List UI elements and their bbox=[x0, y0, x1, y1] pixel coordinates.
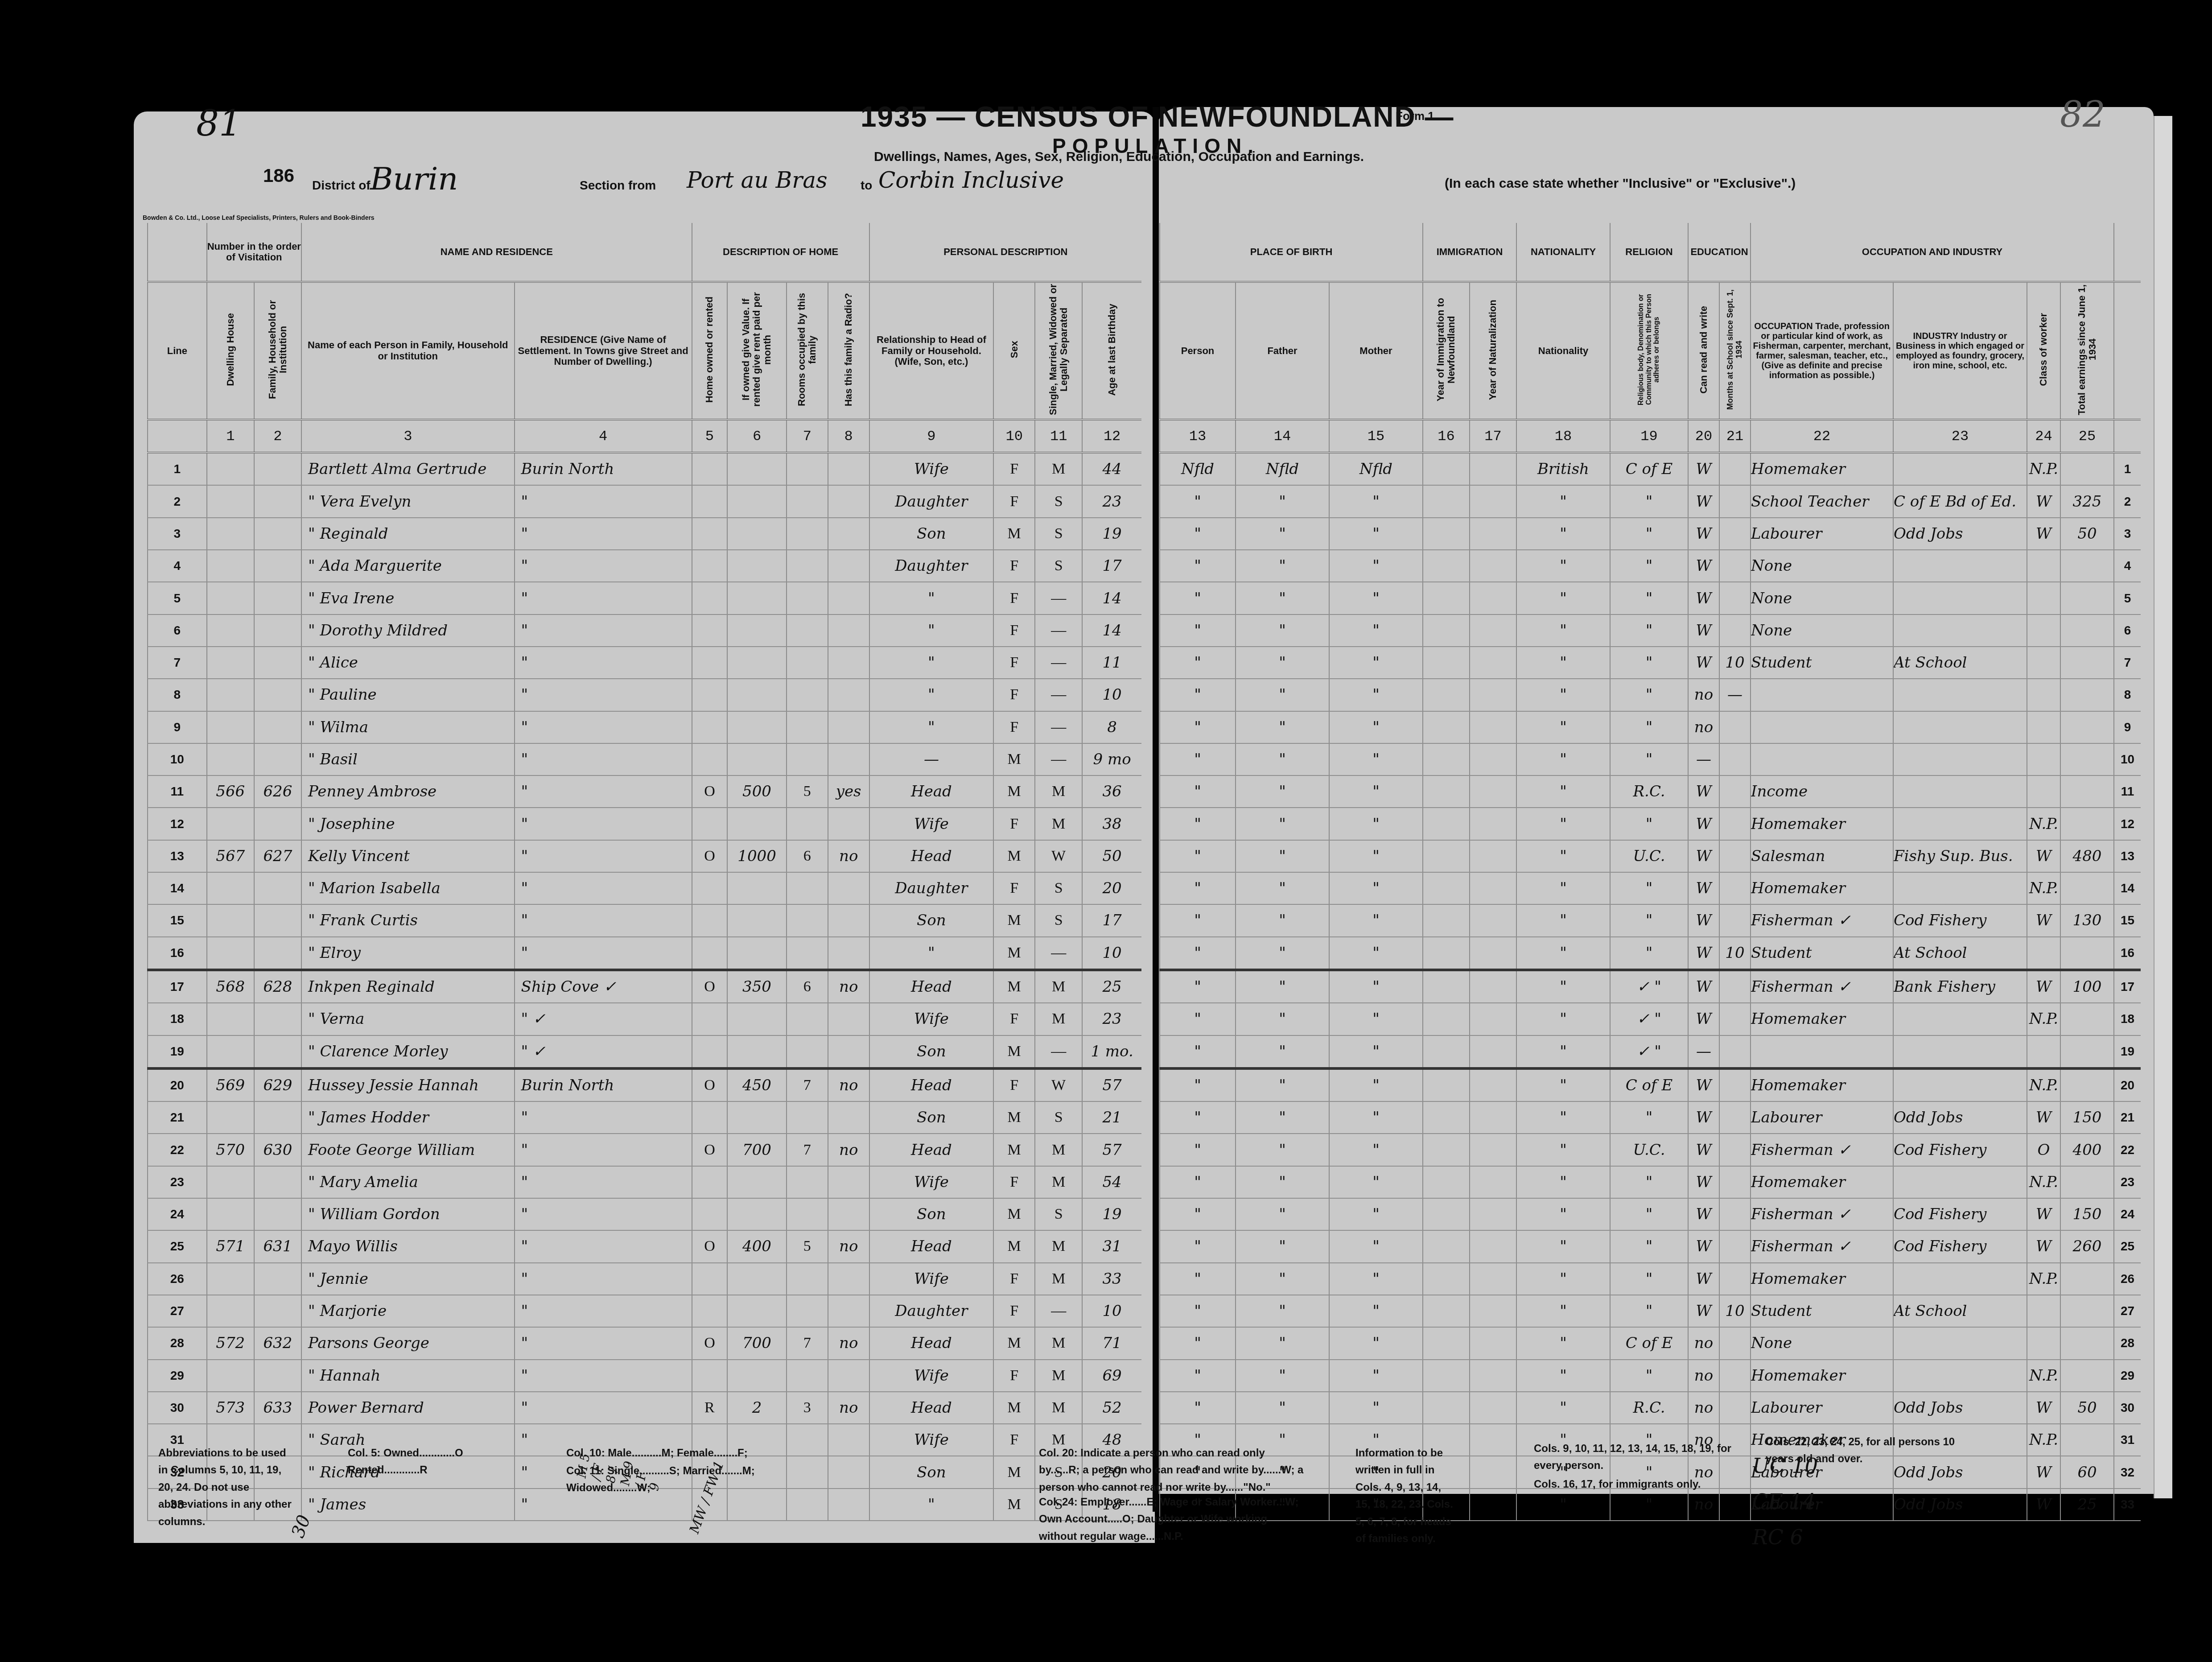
cell-line: 4 bbox=[148, 550, 207, 582]
cell-school bbox=[1719, 1003, 1751, 1035]
cell-name: Mayo Willis bbox=[301, 1230, 515, 1262]
section-from: Port au Bras bbox=[687, 167, 828, 193]
cell-dwelling: 566 bbox=[207, 775, 254, 808]
cell-birth_father: " bbox=[1236, 1134, 1329, 1166]
group-religion: RELIGION bbox=[1610, 223, 1688, 282]
col-num: 7 bbox=[787, 420, 828, 453]
cell-line: 26 bbox=[2114, 1263, 2141, 1295]
cell-family bbox=[254, 808, 301, 840]
cell-owned bbox=[692, 1101, 728, 1134]
cell-occupation: Fisherman ✓ bbox=[1751, 1230, 1893, 1262]
table-row: 3" Reginald"SonMS19 bbox=[148, 518, 1141, 550]
cell-industry: Fishy Sup. Bus. bbox=[1893, 840, 2027, 872]
cell-name: Power Bernard bbox=[301, 1392, 515, 1424]
cell-residence: " bbox=[515, 1263, 692, 1295]
cell-natur bbox=[1470, 679, 1516, 711]
cell-birth_father: " bbox=[1236, 550, 1329, 582]
cell-occupation: Labourer bbox=[1751, 518, 1893, 550]
cell-birth_father: " bbox=[1236, 614, 1329, 647]
cell-residence: " bbox=[515, 904, 692, 936]
cell-relation: Daughter bbox=[869, 1295, 994, 1327]
cell-birth_father: " bbox=[1236, 1166, 1329, 1198]
cell-rooms bbox=[787, 1003, 828, 1035]
cell-earnings: 100 bbox=[2060, 970, 2114, 1003]
cell-residence: " ✓ bbox=[515, 1035, 692, 1068]
cell-nationality: " bbox=[1516, 1295, 1610, 1327]
cell-religion: R.C. bbox=[1610, 775, 1688, 808]
cell-dwelling bbox=[207, 1295, 254, 1327]
cell-nationality: British bbox=[1516, 453, 1610, 485]
cell-family bbox=[254, 711, 301, 743]
col-num: 14 bbox=[1236, 420, 1329, 453]
cell-name: " Ada Marguerite bbox=[301, 550, 515, 582]
cell-birth_person: " bbox=[1160, 1327, 1236, 1359]
cell-birth_mother: " bbox=[1329, 582, 1423, 614]
cell-immig bbox=[1423, 1101, 1470, 1134]
cell-residence: " bbox=[515, 485, 692, 517]
cell-earnings: 25 bbox=[2060, 1489, 2114, 1521]
cell-class bbox=[2027, 743, 2060, 775]
cell-name: " Vera Evelyn bbox=[301, 485, 515, 517]
cell-age: 36 bbox=[1082, 775, 1141, 808]
cell-radio bbox=[828, 1360, 869, 1392]
line-subheader-spacer-right bbox=[2114, 282, 2141, 420]
cell-rooms bbox=[787, 679, 828, 711]
cell-relation: Head bbox=[869, 1068, 994, 1101]
cell-birth_mother: " bbox=[1329, 485, 1423, 517]
col-num: 12 bbox=[1082, 420, 1141, 453]
cell-birth_father: " bbox=[1236, 1198, 1329, 1230]
cell-occupation: Homemaker bbox=[1751, 1263, 1893, 1295]
cell-religion: C of E bbox=[1610, 1068, 1688, 1101]
cell-school: 10 bbox=[1719, 647, 1751, 679]
cell-class: N.P. bbox=[2027, 808, 2060, 840]
cell-religion: C of E bbox=[1610, 1327, 1688, 1359]
cell-nationality: " bbox=[1516, 872, 1610, 904]
cell-owned bbox=[692, 582, 728, 614]
cell-natur bbox=[1470, 582, 1516, 614]
cell-school: 10 bbox=[1719, 937, 1751, 970]
cell-relation: " bbox=[869, 582, 994, 614]
cell-marital: — bbox=[1035, 937, 1082, 970]
cell-occupation: School Teacher bbox=[1751, 485, 1893, 517]
cell-class bbox=[2027, 937, 2060, 970]
cell-value bbox=[727, 1295, 787, 1327]
cell-birth_father: " bbox=[1236, 775, 1329, 808]
cell-owned bbox=[692, 647, 728, 679]
cell-rooms bbox=[787, 1360, 828, 1392]
cell-industry: Odd Jobs bbox=[1893, 1101, 2027, 1134]
cell-school bbox=[1719, 872, 1751, 904]
cell-natur bbox=[1470, 1101, 1516, 1134]
cell-birth_father: " bbox=[1236, 808, 1329, 840]
cell-relation: Wife bbox=[869, 1424, 994, 1456]
cell-birth_mother: " bbox=[1329, 743, 1423, 775]
cell-dwelling bbox=[207, 518, 254, 550]
cell-family: 627 bbox=[254, 840, 301, 872]
cell-family bbox=[254, 1166, 301, 1198]
cell-natur bbox=[1470, 970, 1516, 1003]
cell-industry: Cod Fishery bbox=[1893, 1134, 2027, 1166]
cell-religion: " bbox=[1610, 711, 1688, 743]
table-row: 23" Mary Amelia"WifeFM54 bbox=[148, 1166, 1141, 1198]
cell-line: 16 bbox=[148, 937, 207, 970]
footer-col24: Col. 24: Employer......E; Wage or Salary… bbox=[1039, 1494, 1306, 1545]
cell-family bbox=[254, 614, 301, 647]
cell-immig bbox=[1423, 1327, 1470, 1359]
cell-natur bbox=[1470, 647, 1516, 679]
cell-residence: " bbox=[515, 775, 692, 808]
cell-name: Bartlett Alma Gertrude bbox=[301, 453, 515, 485]
cell-read: W bbox=[1688, 872, 1719, 904]
cell-class: W bbox=[2027, 1198, 2060, 1230]
col-line-header: Line bbox=[148, 282, 207, 420]
footer-every-person: Cols. 9, 10, 11, 12, 13, 14, 15, 18, 19,… bbox=[1534, 1440, 1743, 1475]
cell-immig bbox=[1423, 453, 1470, 485]
cell-marital: M bbox=[1035, 1263, 1082, 1295]
cell-earnings: 130 bbox=[2060, 904, 2114, 936]
cell-occupation bbox=[1751, 743, 1893, 775]
cell-residence: " bbox=[515, 743, 692, 775]
cell-age: 57 bbox=[1082, 1068, 1141, 1101]
col-num: 11 bbox=[1035, 420, 1082, 453]
cell-sex: F bbox=[993, 1166, 1035, 1198]
cell-dwelling: 569 bbox=[207, 1068, 254, 1101]
cell-school bbox=[1719, 1101, 1751, 1134]
cell-immig bbox=[1423, 711, 1470, 743]
cell-residence: Ship Cove ✓ bbox=[515, 970, 692, 1003]
cell-marital: — bbox=[1035, 614, 1082, 647]
census-table-right: PLACE OF BIRTH IMMIGRATION NATIONALITY R… bbox=[1159, 223, 2141, 1521]
cell-religion: ✓ " bbox=[1610, 970, 1688, 1003]
cell-class: N.P. bbox=[2027, 1003, 2060, 1035]
cell-marital: M bbox=[1035, 1134, 1082, 1166]
cell-school bbox=[1719, 1134, 1751, 1166]
cell-value bbox=[727, 1198, 787, 1230]
cell-marital: M bbox=[1035, 970, 1082, 1003]
cell-age: 57 bbox=[1082, 1134, 1141, 1166]
cell-earnings bbox=[2060, 1295, 2114, 1327]
cell-rooms: 6 bbox=[787, 840, 828, 872]
cell-industry: Odd Jobs bbox=[1893, 1489, 2027, 1521]
col-20-header: Can read and write bbox=[1698, 306, 1709, 394]
cell-industry bbox=[1893, 1166, 2027, 1198]
cell-immig bbox=[1423, 840, 1470, 872]
cell-line: 4 bbox=[2114, 550, 2141, 582]
table-row: 19" Clarence Morley" ✓SonM—1 mo. bbox=[148, 1035, 1141, 1068]
table-row: """""WNone5 bbox=[1160, 582, 2141, 614]
cell-sex: M bbox=[993, 1456, 1035, 1488]
cell-line: 29 bbox=[2114, 1360, 2141, 1392]
cell-nationality: " bbox=[1516, 485, 1610, 517]
cell-birth_father: " bbox=[1236, 937, 1329, 970]
cell-natur bbox=[1470, 937, 1516, 970]
col-num: 13 bbox=[1160, 420, 1236, 453]
cell-earnings bbox=[2060, 1263, 2114, 1295]
cell-line: 1 bbox=[2114, 453, 2141, 485]
cell-rooms: 3 bbox=[787, 1392, 828, 1424]
cell-birth_father: " bbox=[1236, 1003, 1329, 1035]
cell-birth_person: " bbox=[1160, 1166, 1236, 1198]
cell-value: 500 bbox=[727, 775, 787, 808]
cell-earnings: 150 bbox=[2060, 1101, 2114, 1134]
cell-dwelling: 572 bbox=[207, 1327, 254, 1359]
cell-birth_father: " bbox=[1236, 872, 1329, 904]
cell-industry bbox=[1893, 1327, 2027, 1359]
cell-family: 633 bbox=[254, 1392, 301, 1424]
cell-natur bbox=[1470, 1263, 1516, 1295]
table-row: 5" Eva Irene""F—14 bbox=[148, 582, 1141, 614]
col-num: 2 bbox=[254, 420, 301, 453]
cell-dwelling bbox=[207, 1003, 254, 1035]
cell-industry bbox=[1893, 1263, 2027, 1295]
cell-immig bbox=[1423, 1134, 1470, 1166]
col-1-header: Dwelling House bbox=[225, 313, 236, 386]
cell-natur bbox=[1470, 1295, 1516, 1327]
cell-birth_person: " bbox=[1160, 1360, 1236, 1392]
cell-nationality: " bbox=[1516, 550, 1610, 582]
col-11-header: Single, Married, Widowed or Legally Sepa… bbox=[1048, 283, 1069, 417]
table-row: """"C of EWHomemakerN.P.20 bbox=[1160, 1068, 2141, 1101]
cell-religion: R.C. bbox=[1610, 1392, 1688, 1424]
cell-birth_person: " bbox=[1160, 743, 1236, 775]
cell-rooms: 6 bbox=[787, 970, 828, 1003]
table-row: """""WFisherman ✓Cod FisheryW15024 bbox=[1160, 1198, 2141, 1230]
col-2-header: Family, Household or Institution bbox=[267, 283, 288, 417]
cell-line: 27 bbox=[148, 1295, 207, 1327]
table-row: """""WHomemakerN.P.14 bbox=[1160, 872, 2141, 904]
cell-occupation bbox=[1751, 711, 1893, 743]
cell-religion: " bbox=[1610, 808, 1688, 840]
cell-birth_mother: " bbox=[1329, 518, 1423, 550]
cell-owned bbox=[692, 550, 728, 582]
table-row: """""WNone6 bbox=[1160, 614, 2141, 647]
cell-class bbox=[2027, 1295, 2060, 1327]
cell-rooms bbox=[787, 1101, 828, 1134]
table-row: 4" Ada Marguerite"DaughterFS17 bbox=[148, 550, 1141, 582]
cell-value bbox=[727, 1035, 787, 1068]
cell-earnings bbox=[2060, 1068, 2114, 1101]
cell-birth_mother: " bbox=[1329, 1166, 1423, 1198]
cell-dwelling bbox=[207, 937, 254, 970]
table-row: """""WNone4 bbox=[1160, 550, 2141, 582]
cell-line: 25 bbox=[148, 1230, 207, 1262]
census-table-left: Number in the order of Visitation NAME A… bbox=[147, 223, 1141, 1521]
cell-dwelling: 571 bbox=[207, 1230, 254, 1262]
cell-age: 38 bbox=[1082, 808, 1141, 840]
cell-owned bbox=[692, 1263, 728, 1295]
cell-marital: S bbox=[1035, 872, 1082, 904]
table-row: """""no—8 bbox=[1160, 679, 2141, 711]
cell-occupation: Homemaker bbox=[1751, 1003, 1893, 1035]
cell-dwelling bbox=[207, 550, 254, 582]
cell-earnings: 260 bbox=[2060, 1230, 2114, 1262]
cell-relation: Daughter bbox=[869, 550, 994, 582]
cell-relation: Daughter bbox=[869, 485, 994, 517]
cell-occupation: Homemaker bbox=[1751, 1068, 1893, 1101]
cell-nationality: " bbox=[1516, 1360, 1610, 1392]
cell-natur bbox=[1470, 775, 1516, 808]
cell-rooms bbox=[787, 1166, 828, 1198]
page-edges bbox=[2154, 116, 2172, 1498]
cell-residence: " bbox=[515, 679, 692, 711]
cell-relation: Head bbox=[869, 1230, 994, 1262]
right-page-number: 82 bbox=[2060, 94, 2105, 135]
cell-birth_mother: Nfld bbox=[1329, 453, 1423, 485]
cell-class: N.P. bbox=[2027, 872, 2060, 904]
table-row: """""noHomemakerN.P.29 bbox=[1160, 1360, 2141, 1392]
cell-dwelling bbox=[207, 808, 254, 840]
cell-family bbox=[254, 937, 301, 970]
cell-line: 3 bbox=[2114, 518, 2141, 550]
cell-class: W bbox=[2027, 1489, 2060, 1521]
cell-industry: Cod Fishery bbox=[1893, 1198, 2027, 1230]
cell-name: " Pauline bbox=[301, 679, 515, 711]
section-to: Corbin Inclusive bbox=[878, 167, 1064, 193]
col-num: 21 bbox=[1719, 420, 1751, 453]
col-25-header: Total earnings since June 1, 1934 bbox=[2076, 283, 2098, 417]
cell-name: " Verna bbox=[301, 1003, 515, 1035]
cell-marital: — bbox=[1035, 711, 1082, 743]
cell-line: 10 bbox=[2114, 743, 2141, 775]
cell-owned: O bbox=[692, 1230, 728, 1262]
cell-family bbox=[254, 1003, 301, 1035]
table-row: """""noLabourerOdd JobsW2533 bbox=[1160, 1489, 2141, 1521]
cell-natur bbox=[1470, 1134, 1516, 1166]
cell-residence: " bbox=[515, 647, 692, 679]
cell-birth_mother: " bbox=[1329, 679, 1423, 711]
cell-birth_person: " bbox=[1160, 647, 1236, 679]
cell-industry: C of E Bd of Ed. bbox=[1893, 485, 2027, 517]
cell-owned bbox=[692, 1360, 728, 1392]
cell-line: 8 bbox=[2114, 679, 2141, 711]
cell-radio bbox=[828, 453, 869, 485]
col-23-header: INDUSTRY Industry or Business in which e… bbox=[1893, 282, 2027, 420]
cell-birth_father: " bbox=[1236, 679, 1329, 711]
cell-earnings bbox=[2060, 453, 2114, 485]
cell-value bbox=[727, 1101, 787, 1134]
footer-col20: Col. 20: Indicate a person who can read … bbox=[1039, 1445, 1306, 1496]
table-row: """""WFisherman ✓Cod FisheryW26025 bbox=[1160, 1230, 2141, 1262]
col-num: 20 bbox=[1688, 420, 1719, 453]
cell-value: 700 bbox=[727, 1134, 787, 1166]
cell-occupation: Labourer bbox=[1751, 1392, 1893, 1424]
cell-age: 9 mo bbox=[1082, 743, 1141, 775]
cell-line: 18 bbox=[2114, 1003, 2141, 1035]
cell-read: W bbox=[1688, 1263, 1719, 1295]
cell-radio bbox=[828, 679, 869, 711]
cell-nationality: " bbox=[1516, 614, 1610, 647]
cell-age: 69 bbox=[1082, 1360, 1141, 1392]
cell-relation: Son bbox=[869, 1198, 994, 1230]
cell-age: 20 bbox=[1082, 872, 1141, 904]
cell-industry: Bank Fishery bbox=[1893, 970, 2027, 1003]
cell-earnings bbox=[2060, 582, 2114, 614]
cell-sex: F bbox=[993, 550, 1035, 582]
cell-industry bbox=[1893, 808, 2027, 840]
cell-owned: O bbox=[692, 970, 728, 1003]
cell-religion: U.C. bbox=[1610, 1134, 1688, 1166]
table-row: 1Bartlett Alma GertrudeBurin NorthWifeFM… bbox=[148, 453, 1141, 485]
cell-family: 626 bbox=[254, 775, 301, 808]
cell-residence: " bbox=[515, 1392, 692, 1424]
cell-earnings: 400 bbox=[2060, 1134, 2114, 1166]
cell-religion: ✓ " bbox=[1610, 1035, 1688, 1068]
col-18-header: Nationality bbox=[1516, 282, 1610, 420]
cell-age: 23 bbox=[1082, 1003, 1141, 1035]
cell-name: Parsons George bbox=[301, 1327, 515, 1359]
cell-family bbox=[254, 550, 301, 582]
tally-ce: CE 14 bbox=[1752, 1489, 1816, 1514]
cell-value bbox=[727, 614, 787, 647]
cell-class bbox=[2027, 582, 2060, 614]
table-row: 30573633Power Bernard"R23noHeadMM52 bbox=[148, 1392, 1141, 1424]
cell-family bbox=[254, 647, 301, 679]
cell-radio bbox=[828, 582, 869, 614]
cell-owned bbox=[692, 937, 728, 970]
cell-read: W bbox=[1688, 1295, 1719, 1327]
cell-birth_mother: " bbox=[1329, 1392, 1423, 1424]
cell-family: 629 bbox=[254, 1068, 301, 1101]
cell-read: W bbox=[1688, 808, 1719, 840]
cell-natur bbox=[1470, 904, 1516, 936]
cell-value bbox=[727, 582, 787, 614]
col-13-header: Person bbox=[1160, 282, 1236, 420]
cell-nationality: " bbox=[1516, 1489, 1610, 1521]
cell-industry bbox=[1893, 1360, 2027, 1392]
cell-birth_person: " bbox=[1160, 937, 1236, 970]
cell-nationality: " bbox=[1516, 1101, 1610, 1134]
cell-relation: Head bbox=[869, 775, 994, 808]
cell-immig bbox=[1423, 775, 1470, 808]
table-row: 2" Vera Evelyn"DaughterFS23 bbox=[148, 485, 1141, 517]
table-row: 10" Basil"—M—9 mo bbox=[148, 743, 1141, 775]
cell-immig bbox=[1423, 1263, 1470, 1295]
table-row: """""WLabourerOdd JobsW503 bbox=[1160, 518, 2141, 550]
cell-class: N.P. bbox=[2027, 1263, 2060, 1295]
cell-read: — bbox=[1688, 743, 1719, 775]
cell-earnings bbox=[2060, 711, 2114, 743]
cell-marital: — bbox=[1035, 647, 1082, 679]
cell-natur bbox=[1470, 711, 1516, 743]
col-num: 22 bbox=[1751, 420, 1893, 453]
table-row: """""W10StudentAt School16 bbox=[1160, 937, 2141, 970]
cell-read: no bbox=[1688, 1392, 1719, 1424]
cell-line: 19 bbox=[148, 1035, 207, 1068]
cell-industry bbox=[1893, 679, 2027, 711]
cell-marital: S bbox=[1035, 1101, 1082, 1134]
table-row: """"U.C.WSalesmanFishy Sup. Bus.W48013 bbox=[1160, 840, 2141, 872]
table-row: """"U.C.WFisherman ✓Cod FisheryO40022 bbox=[1160, 1134, 2141, 1166]
col-num: 4 bbox=[515, 420, 692, 453]
cell-line: 8 bbox=[148, 679, 207, 711]
cell-industry: Cod Fishery bbox=[1893, 1230, 2027, 1262]
cell-read: W bbox=[1688, 1068, 1719, 1101]
cell-school bbox=[1719, 453, 1751, 485]
cell-rooms bbox=[787, 743, 828, 775]
tally-uc: UC 10 bbox=[1752, 1454, 1818, 1478]
cell-nationality: " bbox=[1516, 840, 1610, 872]
cell-name: " Marjorie bbox=[301, 1295, 515, 1327]
cell-residence: " bbox=[515, 1134, 692, 1166]
cell-dwelling bbox=[207, 582, 254, 614]
cell-family bbox=[254, 743, 301, 775]
cell-occupation: Homemaker bbox=[1751, 1360, 1893, 1392]
cell-owned bbox=[692, 743, 728, 775]
cell-immig bbox=[1423, 1392, 1470, 1424]
cell-sex: M bbox=[993, 1489, 1035, 1521]
cell-radio bbox=[828, 1198, 869, 1230]
